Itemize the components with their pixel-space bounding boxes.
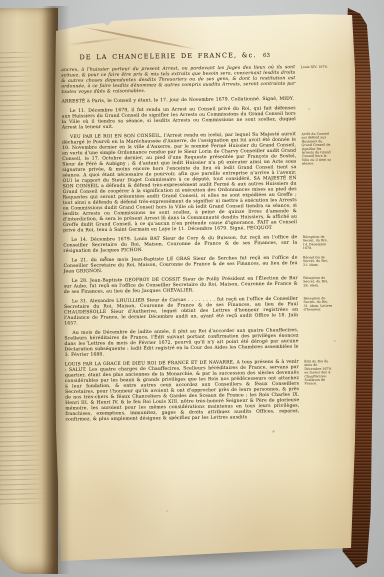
- paragraph-arreste: ARRESTÉ à Paris, le Conseil y étant, le …: [62, 96, 296, 104]
- margin-note-reception-31: Réception de Secret. du Roi, 31. idem. L…: [303, 296, 334, 324]
- margin-note-date: Louis XIV. 1679.: [301, 64, 332, 92]
- paragraph-row: VEU PAR LE ROI EN SON CONSEIL, l'Arrest …: [62, 131, 339, 233]
- margin-note-empty: [304, 327, 335, 355]
- paragraph-edit-annonce: Au mois de Décembre de ladite année, il …: [64, 328, 298, 358]
- left-page-edge: [0, 8, 58, 574]
- margin-note-reception-14: Réception de Secret. du Roi, 14. Décembr…: [303, 234, 334, 251]
- paragraph-row: Le 11. Décembre 1679, il fut rendu un Ar…: [62, 105, 338, 130]
- paragraph-reception-14: Le 14. Décembre 1679. Louis BAT Sieur de…: [63, 235, 297, 254]
- crease-mark: [82, 26, 198, 50]
- paragraph-row: ancres, à l'huissier porteur du present …: [61, 64, 337, 95]
- book-photo: DE LA CHANCELERIE DE FRANCE, &c. 63 ancr…: [0, 0, 384, 577]
- left-page-text-blur: [0, 52, 46, 505]
- paragraph-row: Au mois de Décembre de ladite année, il …: [64, 327, 340, 358]
- paragraph-row: LOUIS PAR LA GRACE DE DIEU ROI DE FRANCE…: [65, 359, 342, 423]
- page-number: 63: [263, 52, 270, 59]
- printed-content: DE LA CHANCELERIE DE FRANCE, &c. 63 ancr…: [61, 51, 341, 423]
- paragraph-row: Le 31. Alexandre LHUILLIER Sieur de Cars…: [64, 296, 340, 327]
- paragraph-row: ARRESTÉ à Paris, le Conseil y étant, le …: [62, 96, 338, 105]
- paragraph-reception-21: Le 21. du même mois Jean-Baptiste LE GRA…: [63, 255, 297, 274]
- paragraph-reception-28: Le 28. Jean-Baptiste GEOFROY DE COSSIT S…: [64, 276, 298, 295]
- crease-mark-2: [66, 37, 126, 46]
- paragraph-row: Le 21. du même mois Jean-Baptiste LE GRA…: [63, 255, 339, 275]
- paragraph-row: Le 28. Jean-Baptiste GEOFROY DE COSSIT S…: [64, 275, 340, 295]
- paragraph-continuation: ancres, à l'huissier porteur du present …: [61, 65, 295, 95]
- paragraph-veu-par-le-roi: VEU PAR LE ROI EN SON CONSEIL, l'Arrest …: [62, 132, 297, 234]
- paragraph-louis-par-la-grace: LOUIS PAR LA GRACE DE DIEU ROI DE FRANCE…: [65, 359, 300, 422]
- margin-note-empty: [301, 105, 332, 127]
- margin-note-empty: [301, 96, 332, 102]
- paragraph-row: Le 14. Décembre 1679. Louis BAT Sieur de…: [63, 234, 339, 254]
- margin-note-reception-21: Réception de Secret. du Roi, 21. idem.: [303, 255, 334, 272]
- book-page: DE LA CHANCELERIE DE FRANCE, &c. 63 ancr…: [46, 10, 360, 566]
- margin-note-reception-28: Réception de Secret. du Roi, 28. idem.: [303, 275, 334, 292]
- paragraph-11-decembre: Le 11. Décembre 1679, il fut rendu un Ar…: [62, 106, 296, 131]
- running-title: DE LA CHANCELERIE DE FRANCE, &c.: [61, 51, 275, 61]
- paragraph-reception-31: Le 31. Alexandre LHUILLIER Sieur de Cars…: [64, 296, 298, 326]
- margin-note-arret: Arrêt du Conseil qui défend aux Huissier…: [301, 131, 333, 230]
- margin-note-edit: Édit du Roi du mois de Décembre 1679. en…: [304, 359, 336, 420]
- page-header: DE LA CHANCELERIE DE FRANCE, &c. 63: [61, 51, 295, 63]
